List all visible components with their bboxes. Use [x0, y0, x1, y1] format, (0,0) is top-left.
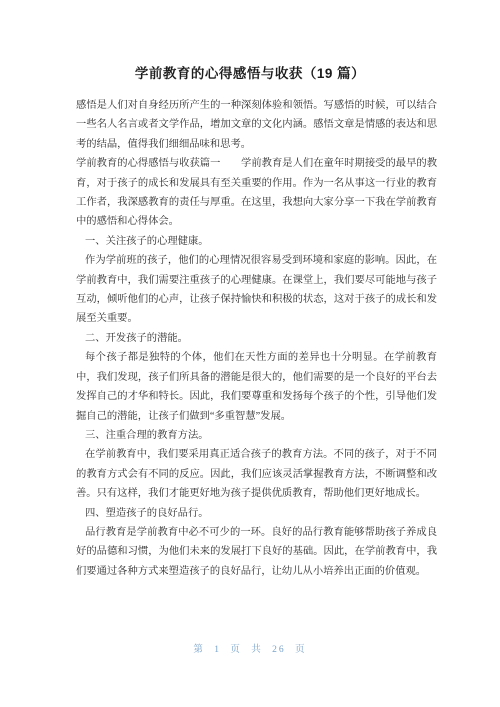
- paragraph: 学前教育的心得感悟与收获篇一 学前教育是人们在童年时期接受的最早的教育，对于孩子…: [76, 154, 437, 232]
- paragraph: 品行教育是学前教育中必不可少的一环。良好的品行教育能够帮助孩子养成良好的品德和习…: [76, 523, 437, 581]
- section-heading: 四、塑造孩子的良好品行。: [76, 504, 437, 523]
- section-heading: 一、关注孩子的心理健康。: [76, 232, 437, 251]
- section-heading: 二、开发孩子的潜能。: [76, 329, 437, 348]
- document-page: 学前教育的心得感悟与收获（19 篇） 感悟是人们对自身经历所产生的一种深刻体验和…: [0, 0, 500, 707]
- page-number-text: 第 1 页 共 26 页: [193, 645, 306, 655]
- paragraph: 在学前教育中，我们要采用真正适合孩子的教育方法。不同的孩子，对于不同的教育方式会…: [76, 445, 437, 503]
- document-body: 感悟是人们对自身经历所产生的一种深刻体验和领悟。写感悟的时候，可以结合一些名人名…: [76, 96, 437, 581]
- paragraph: 作为学前班的孩子，他们的心理情况很容易受到环境和家庭的影响。因此，在学前教育中，…: [76, 251, 437, 329]
- section-heading: 三、注重合理的教育方法。: [76, 426, 437, 445]
- paragraph: 感悟是人们对自身经历所产生的一种深刻体验和领悟。写感悟的时候，可以结合一些名人名…: [76, 96, 437, 154]
- paragraph: 每个孩子都是独特的个体，他们在天性方面的差异也十分明显。在学前教育中，我们发现，…: [76, 348, 437, 426]
- page-footer: 第 1 页 共 26 页: [0, 641, 500, 655]
- document-title: 学前教育的心得感悟与收获（19 篇）: [0, 64, 500, 84]
